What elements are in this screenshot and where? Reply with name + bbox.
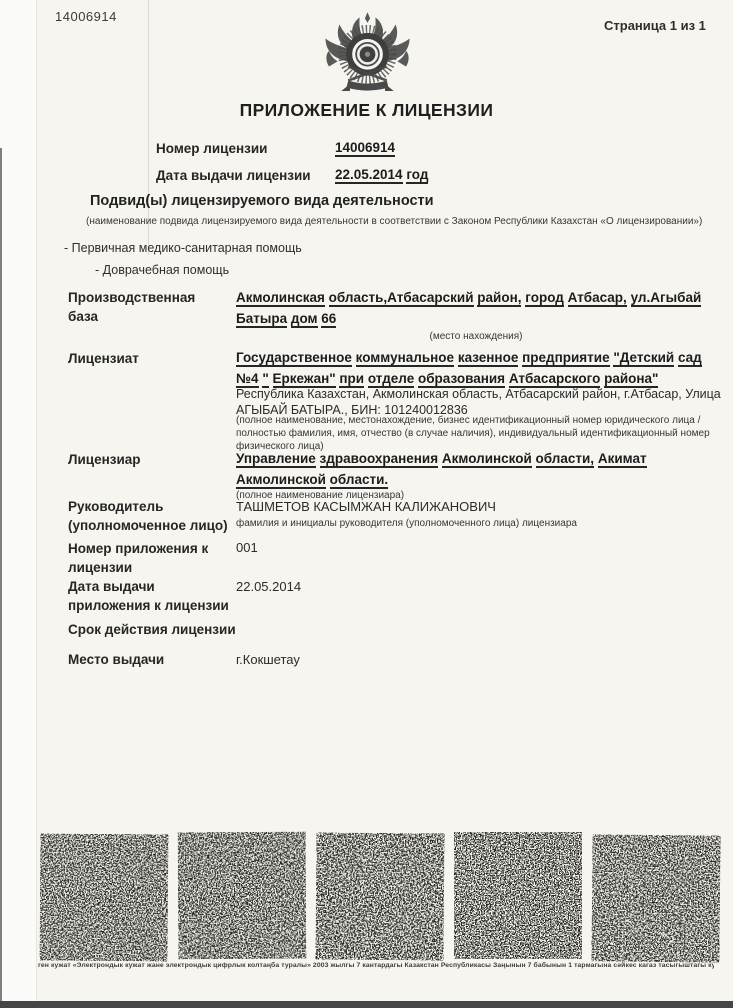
kazakhstan-coat-of-arms-icon — [315, 10, 420, 102]
scan-bottom-edge — [0, 1001, 733, 1008]
qr-noise-block — [40, 834, 169, 962]
scan-edge-line — [0, 148, 2, 1001]
issue-place-label: Место выдачи — [68, 650, 164, 669]
subtype-caption: (наименование подвида лицензируемого вид… — [86, 215, 706, 228]
scan-left-margin — [0, 0, 37, 1008]
qr-noise-block — [591, 834, 720, 962]
head-label: Руководитель (уполномоченное лицо) — [68, 497, 236, 535]
qr-noise-block — [454, 832, 582, 959]
qr-noise-block — [315, 832, 444, 960]
license-number-value: 14006914 — [335, 137, 395, 158]
license-number-label: Номер лицензии — [156, 139, 267, 158]
appendix-number-label: Номер приложения к лицензии — [68, 539, 230, 577]
licensee-label: Лицензиат — [68, 349, 139, 368]
qr-noise-block — [178, 832, 307, 960]
licensor-label: Лицензиар — [68, 450, 141, 469]
license-date-label: Дата выдачи лицензии — [156, 166, 311, 185]
production-base-value: Акмолинская область,Атбасарский район, г… — [236, 287, 708, 329]
head-value: ТАШМЕТОВ КАСЫМЖАН КАЛИЖАНОВИЧ — [236, 499, 496, 515]
appendix-date-label: Дата выдачи приложения к лицензии — [68, 577, 236, 615]
subtype-item: - Доврачебная помощь — [95, 263, 229, 277]
licensor-value: Управление здравоохранения Акмолинской о… — [236, 448, 714, 490]
issue-place-value: г.Кокшетау — [236, 652, 300, 668]
validity-label: Срок действия лицензии — [68, 620, 236, 639]
license-date-value: 22.05.2014 год — [335, 164, 428, 185]
head-caption: фамилия и инициалы руководителя (уполном… — [236, 517, 716, 530]
document-number: 14006914 — [55, 9, 117, 24]
subtype-heading: Подвид(ы) лицензируемого вида деятельнос… — [90, 193, 434, 209]
licensee-value: Государственное коммунальное казенное пр… — [236, 347, 714, 389]
appendix-number-value: 001 — [236, 540, 258, 556]
page-indicator: Страница 1 из 1 — [604, 18, 706, 33]
production-base-label: Производственная база — [68, 288, 218, 326]
appendix-date-value: 22.05.2014 — [236, 579, 301, 595]
electronic-document-note: ген кужат «Электрондык кужат жане электр… — [38, 962, 714, 969]
subtype-item: - Первичная медико-санитарная помощь — [64, 241, 302, 255]
production-base-caption: (место нахождения) — [236, 330, 716, 343]
page-title: ПРИЛОЖЕНИЕ К ЛИЦЕНЗИИ — [0, 100, 733, 121]
